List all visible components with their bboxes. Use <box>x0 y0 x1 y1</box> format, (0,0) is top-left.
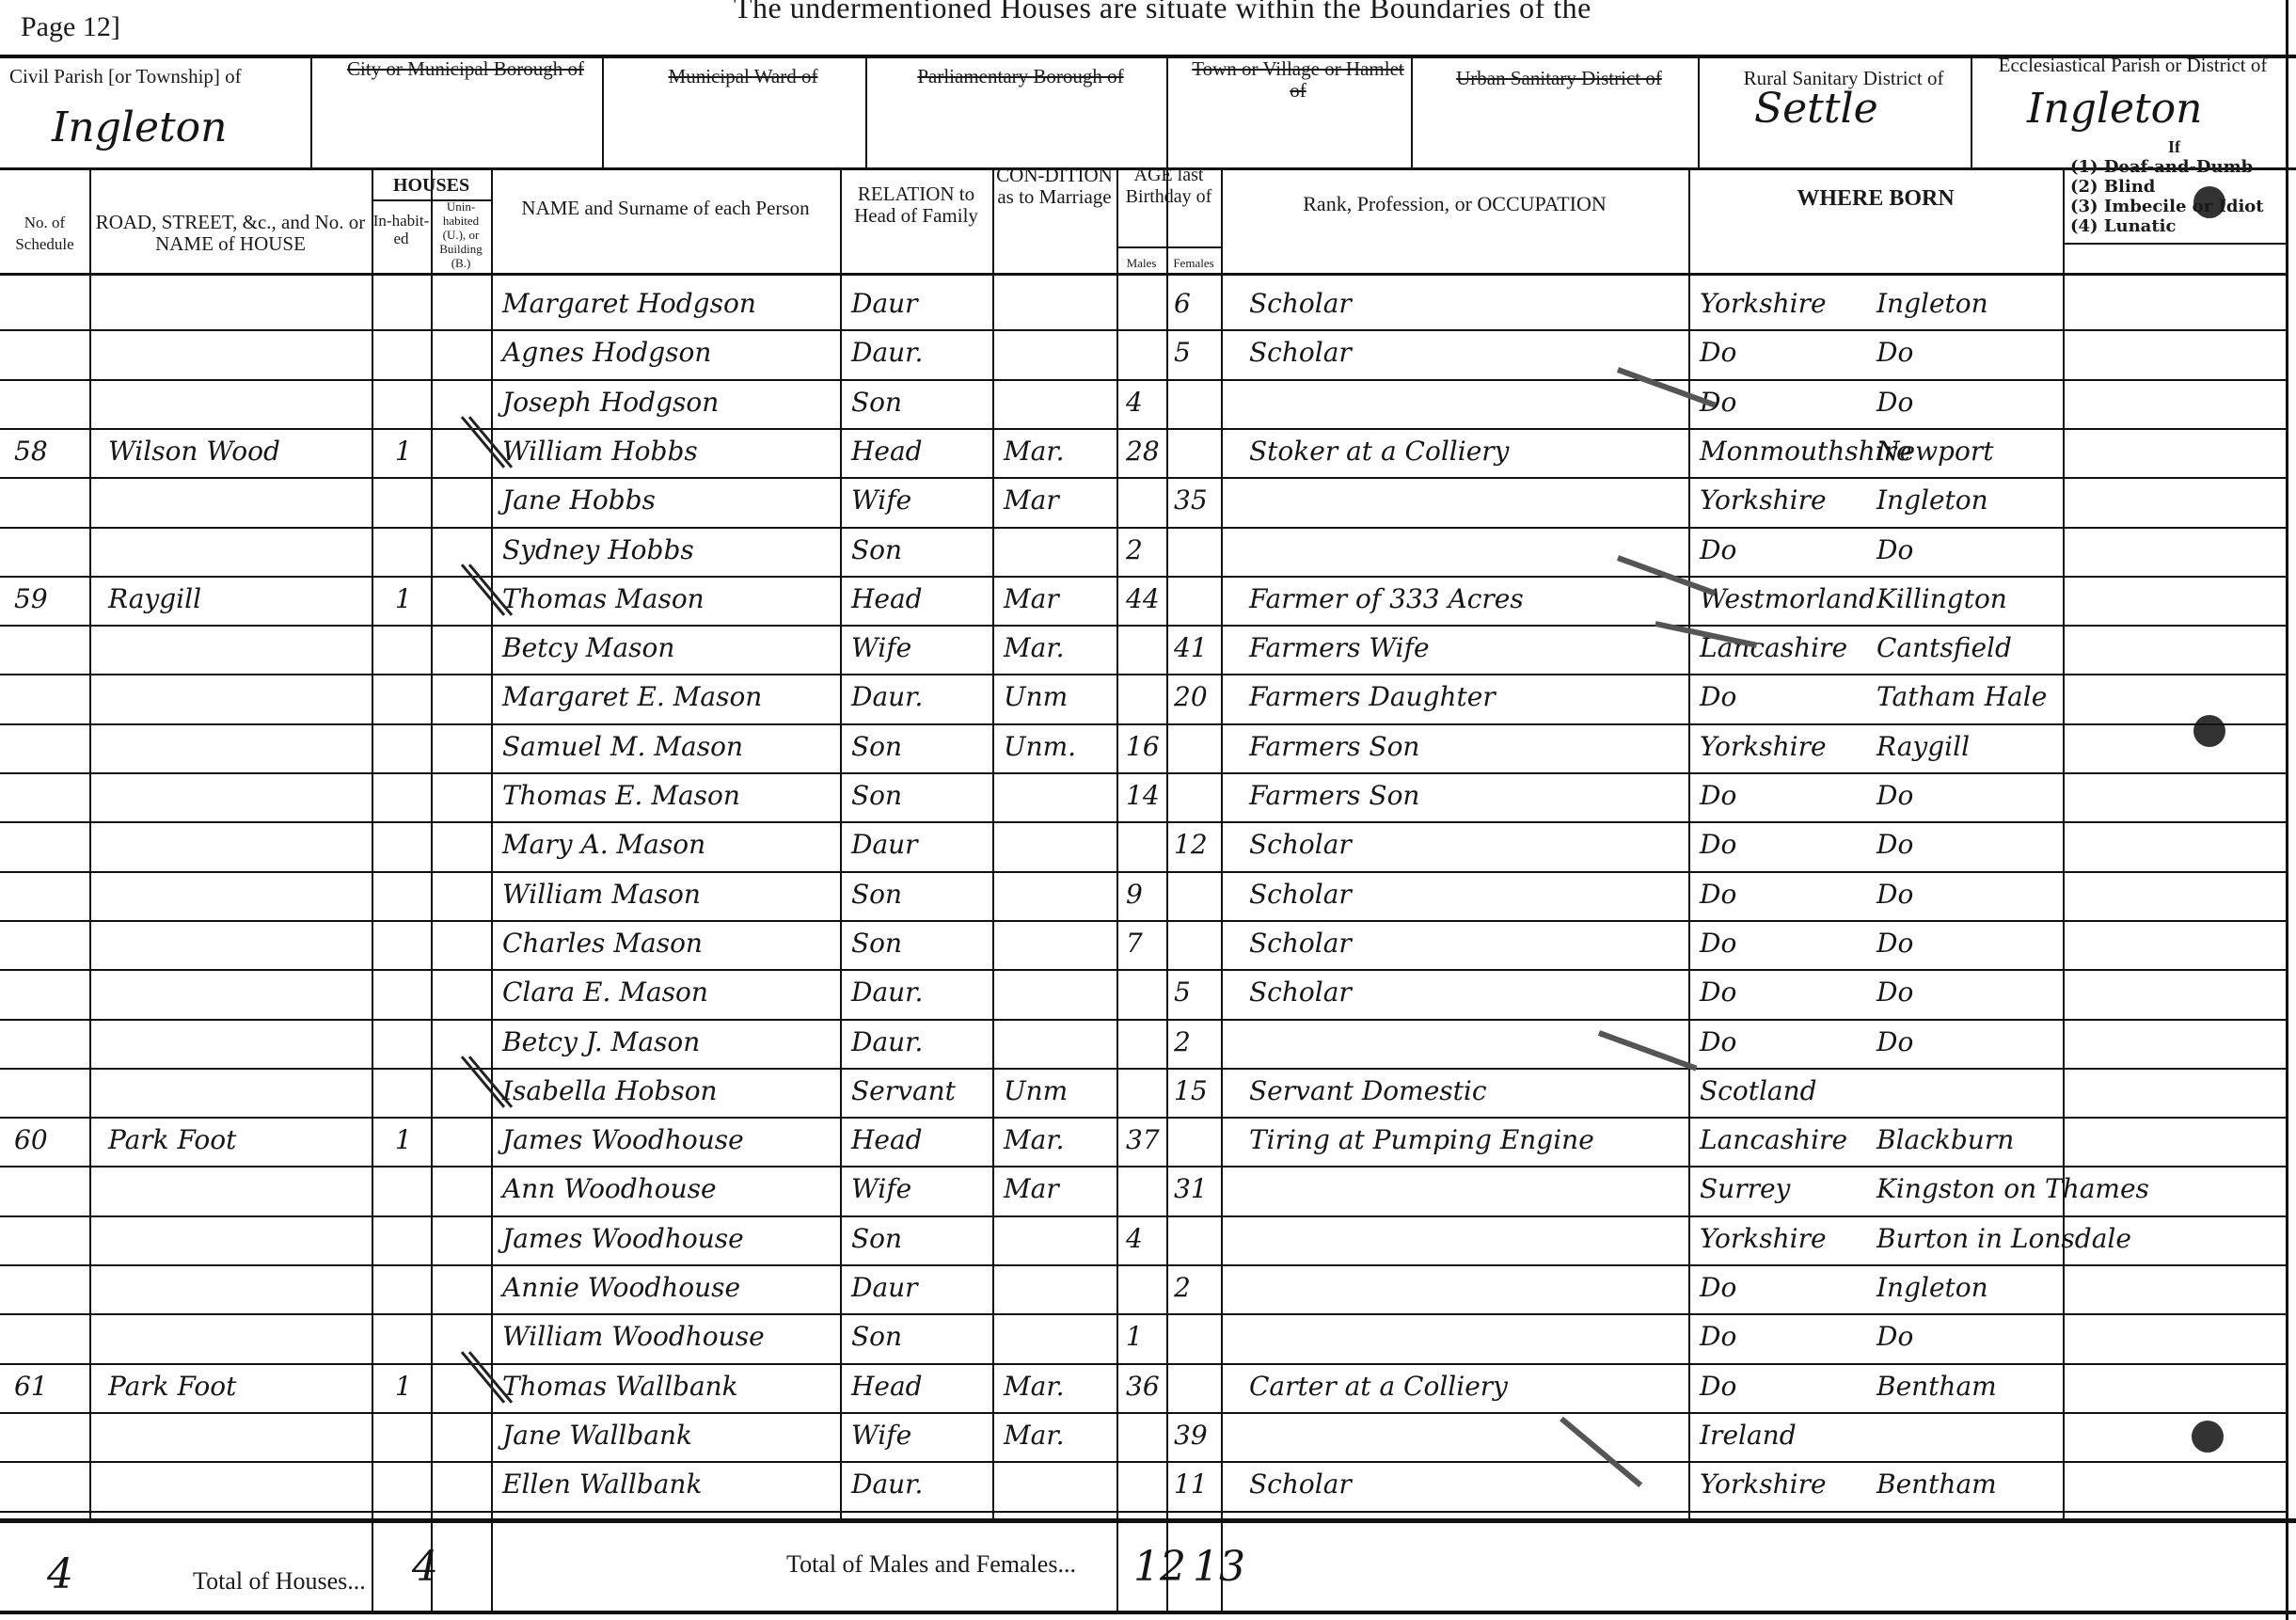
female-age: 2 <box>1174 1272 1191 1303</box>
rule-line <box>0 1611 2296 1614</box>
column-divider <box>372 1518 373 1611</box>
relation: Son <box>851 879 902 910</box>
birth-county: Do <box>1700 1371 1736 1402</box>
district-label: Parliamentary Borough of <box>879 66 1162 87</box>
female-age: 15 <box>1174 1075 1208 1106</box>
rule-line <box>0 1461 2286 1463</box>
column-divider <box>431 1518 433 1611</box>
rule-line <box>0 1215 2286 1217</box>
person-name: James Woodhouse <box>502 1124 744 1155</box>
district-label: Civil Parish [or Township] of <box>9 66 301 87</box>
person-name: Isabella Hobson <box>502 1075 718 1106</box>
person-name: Mary A. Mason <box>502 829 705 860</box>
female-age: 41 <box>1174 632 1208 663</box>
occupation: Farmers Son <box>1249 780 1419 811</box>
column-header: WHERE BORN <box>1688 188 2063 210</box>
relation: Daur <box>851 288 918 319</box>
person-name: Agnes Hodgson <box>502 337 711 368</box>
marital-condition: Mar <box>1004 484 1059 516</box>
relation: Head <box>851 583 923 614</box>
occupation: Scholar <box>1249 928 1352 959</box>
birth-county: Westmorland <box>1700 583 1876 614</box>
house-name: Park Foot <box>108 1371 236 1402</box>
birth-county: Yorkshire <box>1700 731 1827 762</box>
male-age: 14 <box>1126 780 1160 811</box>
column-header: HOUSES <box>372 175 491 197</box>
district-value: Ingleton <box>2027 85 2203 133</box>
column-divider <box>491 1518 493 1611</box>
male-age: 1 <box>1126 1321 1143 1352</box>
female-age: 20 <box>1174 681 1208 712</box>
birth-place: Ingleton <box>1876 1272 1988 1303</box>
column-divider <box>310 55 312 169</box>
rule-line <box>0 273 2286 276</box>
relation: Servant <box>851 1075 956 1106</box>
relation: Wife <box>851 632 911 663</box>
household-separator-mark <box>461 564 505 616</box>
male-age: 28 <box>1126 436 1160 467</box>
person-name: William Woodhouse <box>502 1321 765 1352</box>
male-age: 37 <box>1126 1124 1160 1155</box>
female-age: 6 <box>1174 288 1191 319</box>
relation: Son <box>851 534 902 565</box>
inhabited-count: 1 <box>395 583 412 614</box>
column-header: ROAD, STREET, &c., and No. or NAME of HO… <box>89 212 372 255</box>
inhabited-count: 1 <box>395 1371 412 1402</box>
person-name: William Mason <box>502 879 701 910</box>
rule-line <box>0 920 2286 922</box>
person-name: William Hobbs <box>502 436 698 467</box>
relation: Daur. <box>851 1469 923 1500</box>
females-total: 13 <box>1193 1543 1245 1591</box>
person-name: Clara E. Mason <box>502 977 708 1008</box>
rule-line <box>0 428 2286 430</box>
birth-place: Ingleton <box>1876 288 1988 319</box>
male-age: 7 <box>1126 928 1143 959</box>
column-divider <box>992 167 994 1518</box>
occupation: Scholar <box>1249 1469 1352 1500</box>
relation: Head <box>851 436 923 467</box>
rule-line <box>0 871 2286 873</box>
birth-place: Do <box>1876 879 1913 910</box>
column-header: Rank, Profession, or OCCUPATION <box>1221 193 1688 214</box>
relation: Wife <box>851 1173 911 1204</box>
birth-place: Raygill <box>1876 731 1970 762</box>
relation: Head <box>851 1371 923 1402</box>
marital-condition: Mar. <box>1004 1124 1065 1155</box>
column-divider <box>1166 1518 1168 1611</box>
column-divider <box>2286 0 2288 1620</box>
occupation: Scholar <box>1249 829 1352 860</box>
relation: Daur <box>851 829 918 860</box>
person-name: Ellen Wallbank <box>502 1469 702 1500</box>
person-name: Thomas Wallbank <box>502 1371 738 1402</box>
rule-line <box>1116 246 1221 248</box>
column-divider <box>372 167 373 1518</box>
rule-line <box>0 379 2286 381</box>
birth-county: Yorkshire <box>1700 288 1827 319</box>
birth-place: Newport <box>1876 436 1993 467</box>
district-label: Municipal Ward of <box>621 66 865 87</box>
relation: Daur <box>851 1272 918 1303</box>
rule-line <box>0 576 2286 578</box>
female-age: 2 <box>1174 1026 1191 1057</box>
district-label: Ecclesiastical Parish or District of <box>1985 55 2281 76</box>
birth-place: Do <box>1876 337 1913 368</box>
rule-line <box>0 969 2286 971</box>
person-name: Margaret Hodgson <box>502 288 756 319</box>
occupation: Stoker at a Colliery <box>1249 436 1509 467</box>
relation: Daur. <box>851 681 923 712</box>
rule-line <box>0 674 2286 675</box>
rule-line <box>0 1264 2286 1266</box>
birth-place: Tatham Hale <box>1876 681 2047 712</box>
relation: Son <box>851 731 902 762</box>
birth-county: Surrey <box>1700 1173 1790 1204</box>
house-name: Park Foot <box>108 1124 236 1155</box>
birth-place: Do <box>1876 780 1913 811</box>
houses-total-value: 4 <box>412 1543 438 1591</box>
column-divider <box>1688 167 1690 1518</box>
rule-line <box>0 527 2286 529</box>
relation: Son <box>851 780 902 811</box>
males-total: 12 <box>1133 1543 1186 1591</box>
person-name: Margaret E. Mason <box>502 681 762 712</box>
birth-county: Do <box>1700 977 1736 1008</box>
birth-county: Do <box>1700 534 1736 565</box>
column-header: In-habit-ed <box>372 212 431 247</box>
district-value: Settle <box>1754 85 1878 133</box>
district-label: Urban Sanitary District of <box>1425 68 1693 89</box>
marital-condition: Mar. <box>1004 632 1065 663</box>
occupation: Farmers Wife <box>1249 632 1430 663</box>
inhabited-count: 1 <box>395 436 412 467</box>
person-name: Betcy J. Mason <box>502 1026 700 1057</box>
column-divider <box>2063 167 2065 1518</box>
person-name: Jane Wallbank <box>502 1420 692 1451</box>
house-name: Raygill <box>108 583 201 614</box>
ink-blot <box>2192 1421 2224 1453</box>
occupation: Scholar <box>1249 879 1352 910</box>
relation: Head <box>851 1124 923 1155</box>
birth-county: Do <box>1700 1272 1736 1303</box>
female-age: 39 <box>1174 1420 1208 1451</box>
birth-county: Do <box>1700 337 1736 368</box>
rule-line <box>0 329 2286 331</box>
rule-line <box>0 1363 2286 1365</box>
column-divider <box>1411 55 1413 169</box>
birth-place: Do <box>1876 928 1913 959</box>
marital-condition: Unm. <box>1004 731 1076 762</box>
column-divider <box>1166 55 1168 169</box>
district-label: City or Municipal Borough of <box>329 58 602 80</box>
household-separator-mark <box>461 1351 505 1404</box>
inhabited-count: 1 <box>395 1124 412 1155</box>
column-header: AGE last Birthday of <box>1116 165 1221 208</box>
person-name: Ann Woodhouse <box>502 1173 717 1204</box>
household-separator-mark <box>461 1056 505 1108</box>
female-age: 5 <box>1174 977 1191 1008</box>
relation: Son <box>851 1321 902 1352</box>
female-age: 11 <box>1174 1469 1208 1500</box>
pencil-check-mark <box>1598 1030 1697 1071</box>
birth-county: Scotland <box>1700 1075 1817 1106</box>
person-name: Jane Hobbs <box>502 484 656 516</box>
column-divider <box>1698 55 1700 169</box>
relation: Son <box>851 928 902 959</box>
male-age: 16 <box>1126 731 1160 762</box>
person-name: Thomas E. Mason <box>502 780 740 811</box>
rule-line <box>0 1117 2286 1119</box>
birth-place: Blackburn <box>1876 1124 2014 1155</box>
birth-place: Do <box>1876 534 1913 565</box>
persons-total-label: Total of Males and Females... <box>786 1550 1076 1579</box>
page-banner: The undermentioned Houses are situate wi… <box>734 0 1591 25</box>
birth-county: Do <box>1700 780 1736 811</box>
occupation: Servant Domestic <box>1249 1075 1487 1106</box>
column-divider <box>1116 167 1118 1518</box>
occupation: Carter at a Colliery <box>1249 1371 1508 1402</box>
ink-blot <box>2193 715 2225 747</box>
person-name: Charles Mason <box>502 928 703 959</box>
occupation: Farmers Daughter <box>1249 681 1496 712</box>
male-age: 4 <box>1126 387 1143 418</box>
person-name: Sydney Hobbs <box>502 534 694 565</box>
houses-total-label: Total of Houses... <box>193 1567 366 1596</box>
rule-line <box>0 1166 2286 1167</box>
occupation: Scholar <box>1249 977 1352 1008</box>
column-divider <box>491 167 493 1518</box>
birth-county: Yorkshire <box>1700 484 1827 516</box>
column-divider <box>431 167 433 1518</box>
rule-line <box>0 1518 2296 1523</box>
marital-condition: Mar <box>1004 1173 1059 1204</box>
occupation: Tiring at Pumping Engine <box>1249 1124 1594 1155</box>
occupation: Scholar <box>1249 288 1352 319</box>
male-age: 36 <box>1126 1371 1160 1402</box>
birth-place: Burton in Lonsdale <box>1876 1223 2131 1254</box>
household-separator-mark <box>461 416 505 469</box>
relation: Son <box>851 387 902 418</box>
birth-county: Do <box>1700 1321 1736 1352</box>
occupation: Scholar <box>1249 337 1352 368</box>
birth-county: Ireland <box>1700 1420 1797 1451</box>
column-header: No. of Schedule <box>0 212 89 255</box>
birth-place: Bentham <box>1876 1371 1997 1402</box>
rule-line <box>2063 243 2286 245</box>
schedules-total: 4 <box>47 1550 73 1598</box>
pencil-check-mark <box>1560 1417 1642 1487</box>
male-age: 2 <box>1126 534 1143 565</box>
marital-condition: Unm <box>1004 681 1068 712</box>
relation: Daur. <box>851 1026 923 1057</box>
female-age: 35 <box>1174 484 1208 516</box>
column-header: RELATION to Head of Family <box>840 183 992 227</box>
person-name: Annie Woodhouse <box>502 1272 740 1303</box>
birth-county: Do <box>1700 879 1736 910</box>
person-name: Thomas Mason <box>502 583 705 614</box>
page-label: Page 12] <box>21 11 120 43</box>
person-name: Samuel M. Mason <box>502 731 743 762</box>
column-header: Females <box>1166 252 1221 274</box>
schedule-number: 60 <box>14 1124 48 1155</box>
column-divider <box>1116 1518 1118 1611</box>
column-divider <box>865 55 867 169</box>
schedule-number: 59 <box>14 583 48 614</box>
column-header: NAME and Surname of each Person <box>491 198 840 219</box>
birth-county: Do <box>1700 1026 1736 1057</box>
relation: Daur. <box>851 337 923 368</box>
rule-line <box>0 1068 2286 1070</box>
person-name: Betcy Mason <box>502 632 674 663</box>
female-age: 12 <box>1174 829 1208 860</box>
birth-place: Do <box>1876 1321 1913 1352</box>
column-divider <box>1166 167 1168 1518</box>
column-divider <box>1971 55 1972 169</box>
marital-condition: Mar. <box>1004 436 1065 467</box>
birth-place: Ingleton <box>1876 484 1988 516</box>
column-header: Males <box>1116 252 1166 274</box>
marital-condition: Mar. <box>1004 1371 1065 1402</box>
rule-line <box>0 477 2286 479</box>
birth-place: Do <box>1876 977 1913 1008</box>
house-name: Wilson Wood <box>108 436 280 467</box>
district-value: Ingleton <box>52 103 228 151</box>
relation: Wife <box>851 1420 911 1451</box>
schedule-number: 58 <box>14 436 48 467</box>
male-age: 44 <box>1126 583 1160 614</box>
column-divider <box>602 55 604 169</box>
column-header: CON-DITION as to Marriage <box>992 165 1116 208</box>
female-age: 5 <box>1174 337 1191 368</box>
rule-line <box>0 1313 2286 1315</box>
column-divider <box>89 167 91 1518</box>
birth-county: Do <box>1700 829 1736 860</box>
marital-condition: Mar. <box>1004 1420 1065 1451</box>
male-age: 9 <box>1126 879 1143 910</box>
birth-place: Killington <box>1876 583 2007 614</box>
schedule-number: 61 <box>14 1371 48 1402</box>
rule-line <box>0 772 2286 774</box>
birth-place: Do <box>1876 829 1913 860</box>
birth-county: Do <box>1700 681 1736 712</box>
column-header: If <box>2063 136 2286 158</box>
relation: Son <box>851 1223 902 1254</box>
column-divider <box>1221 1518 1223 1611</box>
birth-place: Do <box>1876 1026 1913 1057</box>
birth-county: Lancashire <box>1700 1124 1847 1155</box>
birth-county: Yorkshire <box>1700 1469 1827 1500</box>
occupation: Farmers Son <box>1249 731 1419 762</box>
birth-place: Kingston on Thames <box>1876 1173 2149 1204</box>
rule-line <box>0 723 2286 725</box>
column-divider <box>1221 167 1223 1518</box>
rule-line <box>0 821 2286 823</box>
male-age: 4 <box>1126 1223 1143 1254</box>
birth-place: Bentham <box>1876 1469 1997 1500</box>
column-divider <box>840 167 842 1518</box>
rule-line <box>0 1412 2286 1414</box>
rule-line <box>0 625 2286 627</box>
birth-county: Yorkshire <box>1700 1223 1827 1254</box>
relation: Daur. <box>851 977 923 1008</box>
birth-place: Do <box>1876 387 1913 418</box>
rule-line <box>0 1019 2286 1021</box>
occupation: Farmer of 333 Acres <box>1249 583 1524 614</box>
person-name: Joseph Hodgson <box>502 387 719 418</box>
infirmity-legend: (1) Deaf-and-Dumb(2) Blind(3) Imbecile o… <box>2070 157 2264 236</box>
female-age: 31 <box>1174 1173 1208 1204</box>
rule-line <box>0 1511 2286 1513</box>
birth-county: Do <box>1700 928 1736 959</box>
person-name: James Woodhouse <box>502 1223 744 1254</box>
marital-condition: Mar <box>1004 583 1059 614</box>
district-label: Town or Village or Hamlet of <box>1185 58 1411 102</box>
column-header: Unin-habited (U.), or Building (B.) <box>431 199 491 270</box>
birth-place: Cantsfield <box>1876 632 2012 663</box>
marital-condition: Unm <box>1004 1075 1068 1106</box>
relation: Wife <box>851 484 911 516</box>
